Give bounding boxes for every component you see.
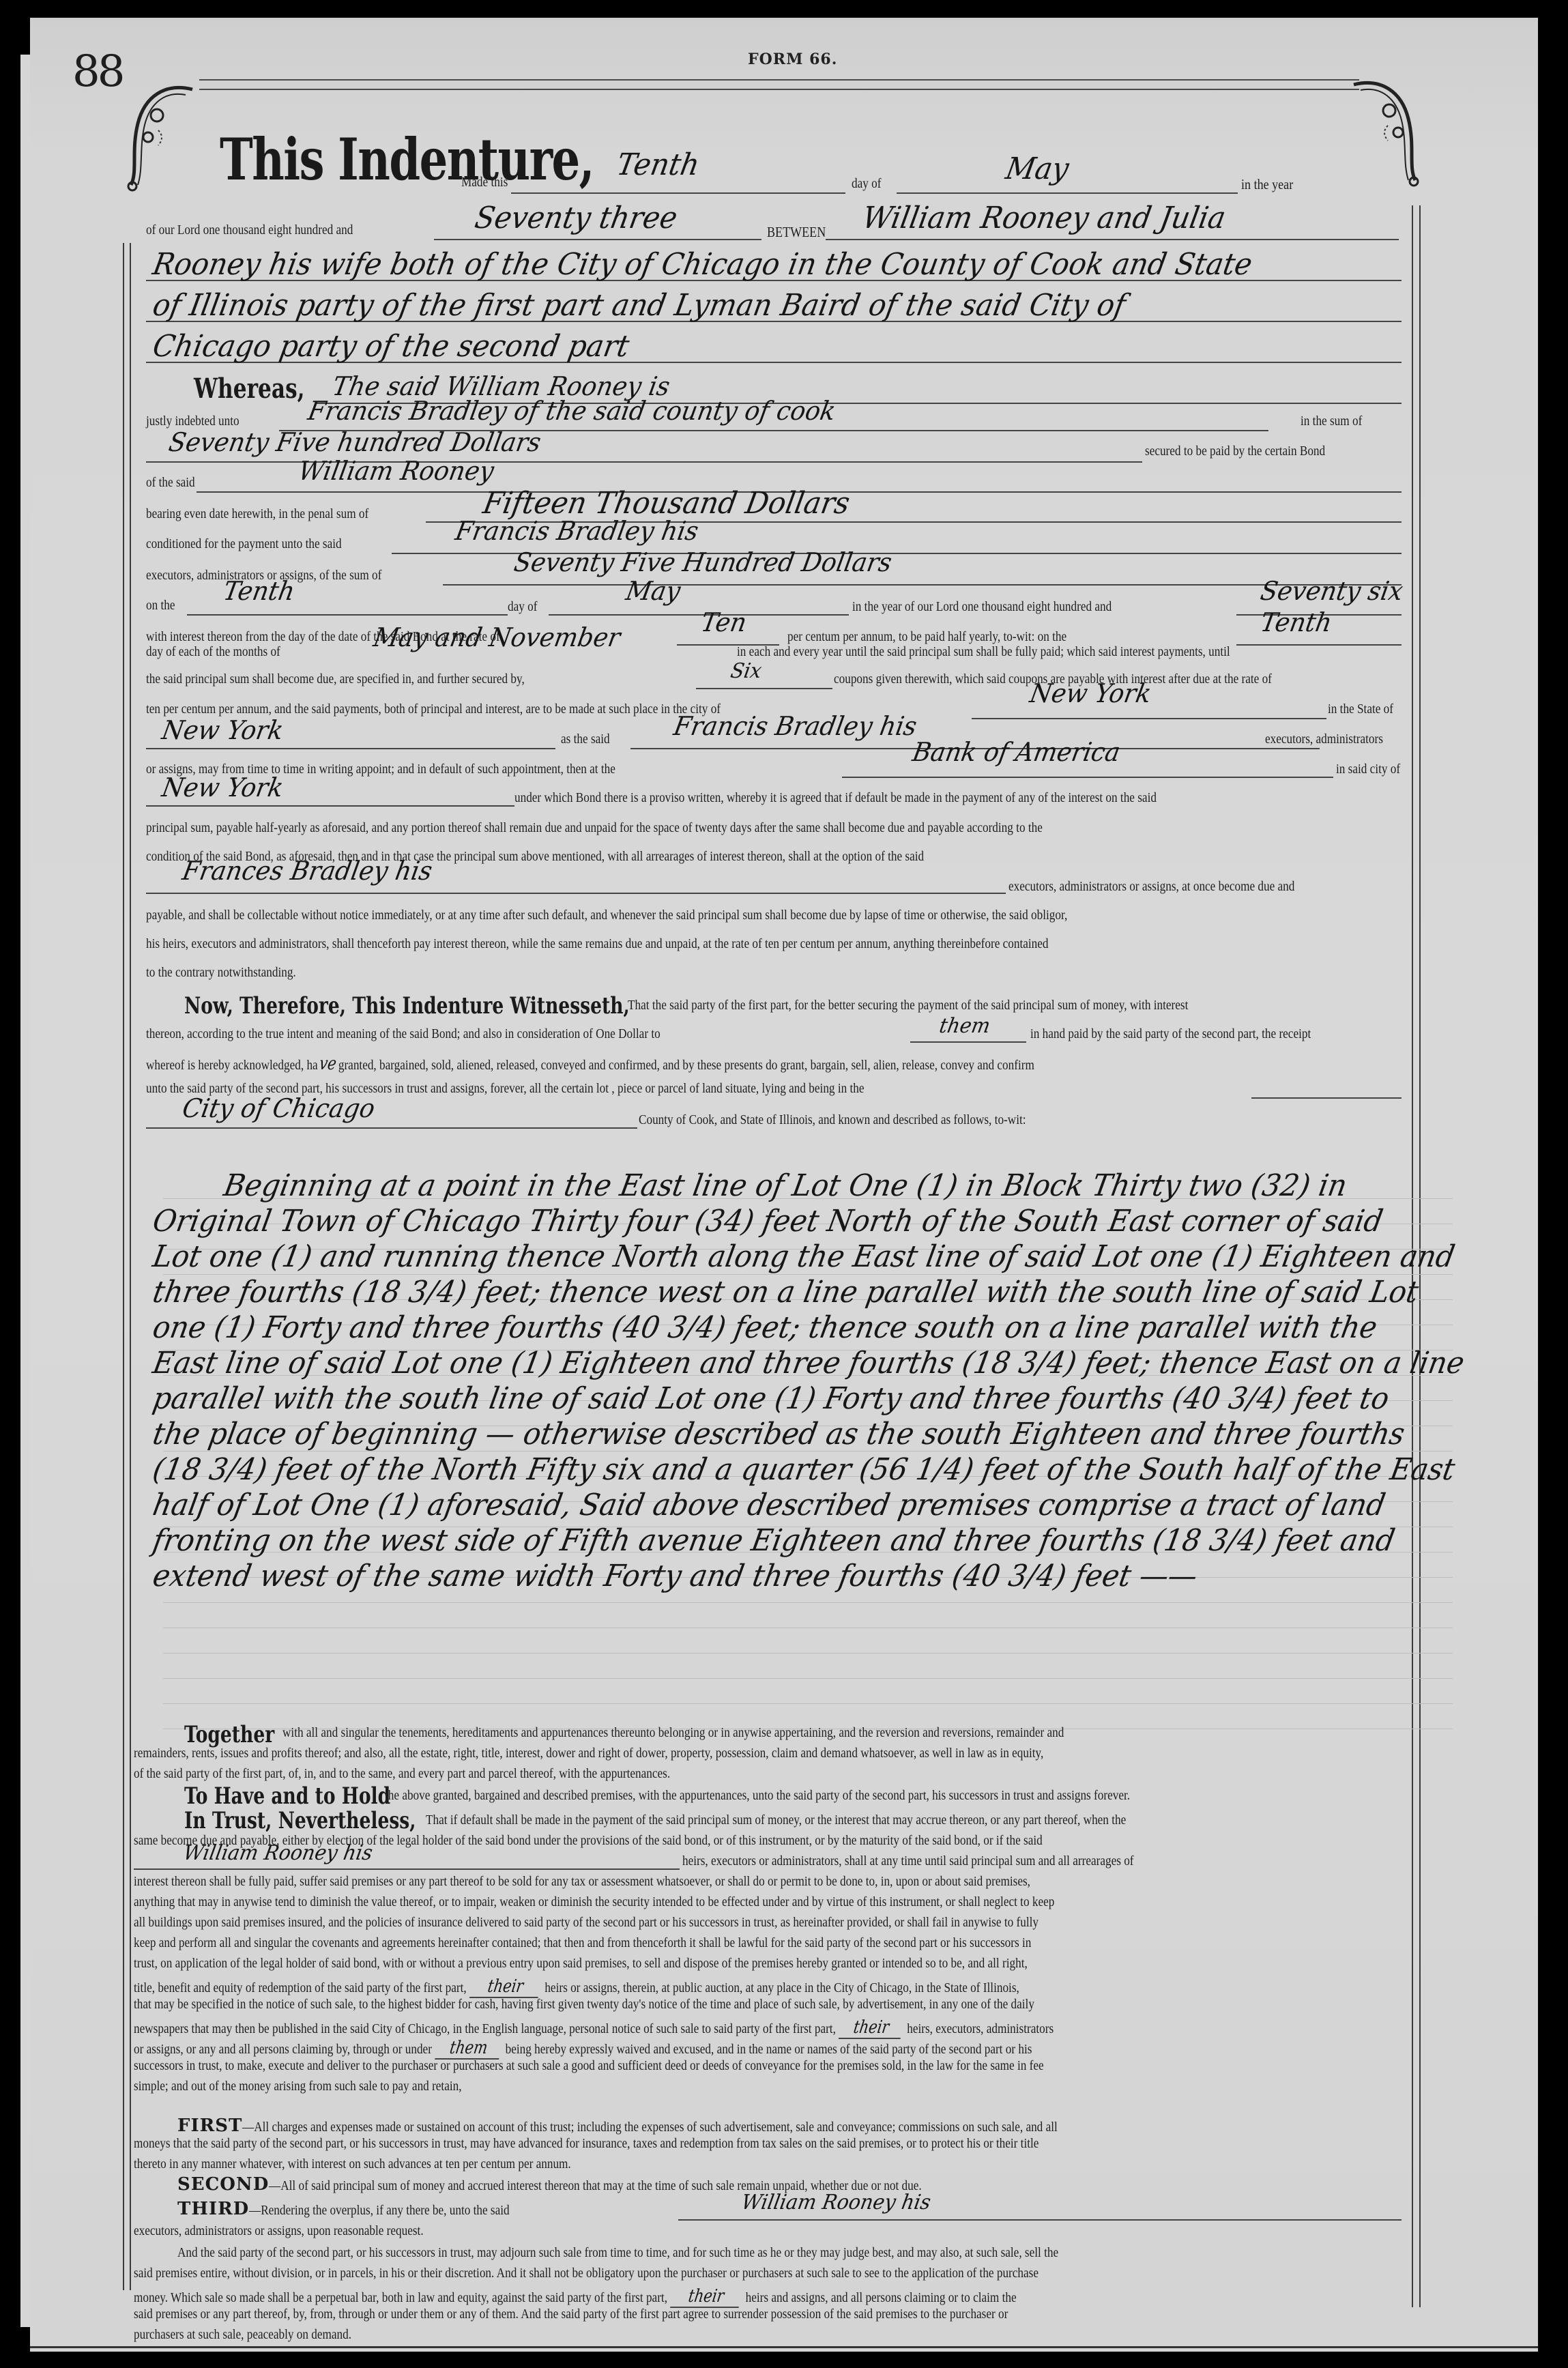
legal-description-line: fronting on the west side of Fifth avenu… xyxy=(150,1523,1397,1558)
ruled-line xyxy=(163,1678,1453,1679)
parties-field-line-1 xyxy=(826,239,1399,240)
months-value: May and November xyxy=(371,622,623,652)
interest-label-2: per centum per annum, to be paid half ye… xyxy=(787,629,1066,645)
third-line-2: executors, administrators or assigns, up… xyxy=(134,2223,424,2239)
habendum-heading: To Have and to Hold xyxy=(184,1782,390,1810)
left-border-rule xyxy=(123,243,124,2290)
closing-line-4: said premises or any part thereof, by, f… xyxy=(134,2307,1008,2322)
corner-ornament-left-icon xyxy=(117,83,199,192)
executors-admin-label: executors, administrators xyxy=(1265,732,1383,747)
proviso-line-6: his heirs, executors and administrators,… xyxy=(146,936,1049,952)
months-tail: in each and every year until the said pr… xyxy=(737,644,1230,660)
parties-line-2: Rooney his wife both of the City of Chic… xyxy=(150,247,1255,282)
habendum-text: the above granted, bargained and describ… xyxy=(385,1788,1130,1804)
witnesseth-line-1: That the said party of the first part, f… xyxy=(628,998,1188,1013)
page-bottom-edge xyxy=(30,2346,1538,2348)
have-value: ve xyxy=(318,1054,338,1074)
first-line-3: thereto in any manner whatever, with int… xyxy=(134,2156,571,2172)
in-trust-line-5: anything that may in anywise tend to dim… xyxy=(134,1894,1054,1910)
place-city-field-line xyxy=(972,718,1326,719)
closing-line-5: purchasers at such sale, peaceably on de… xyxy=(134,2327,351,2343)
ruled-line xyxy=(163,1703,1453,1704)
conditioned-label: conditioned for the payment unto the sai… xyxy=(146,536,342,552)
third-heading: THIRD xyxy=(177,2199,249,2219)
legal-description-line: three fourths (18 3/4) feet; thence west… xyxy=(150,1275,1421,1310)
state-of-label: in the State of xyxy=(1328,702,1393,717)
parties-line-1: William Rooney and Julia xyxy=(860,201,1228,235)
legal-description-line: (18 3/4) feet of the North Fifty six and… xyxy=(150,1452,1457,1487)
months-label: day of each of the months of xyxy=(146,644,280,660)
whereas-heading: Whereas, xyxy=(194,373,305,405)
as-the-said-label: as the said xyxy=(561,732,610,747)
top-border-rule-inner xyxy=(199,89,1359,90)
due-year-label: in the year of our Lord one thousand eig… xyxy=(852,599,1112,615)
penal-sum-label: bearing even date herewith, in the penal… xyxy=(146,506,368,522)
year-value: Seventy three xyxy=(472,201,680,235)
month-field-line xyxy=(897,192,1238,194)
legal-description-line: extend west of the same width Forty and … xyxy=(150,1559,1200,1593)
ruled-line xyxy=(163,1628,1453,1628)
bank-city-field-line xyxy=(146,805,514,807)
due-month-field-line xyxy=(549,614,849,616)
payee-value: Francis Bradley his xyxy=(453,516,701,546)
corner-ornament-right-icon xyxy=(1347,78,1429,187)
witnesseth-line-3: whereof is hereby acknowledged, have gra… xyxy=(146,1054,1034,1074)
in-trust-line-14: simple; and out of the money arising fro… xyxy=(134,2079,462,2094)
page-edge-strip xyxy=(20,55,30,2327)
principal-value: Seventy Five Hundred Dollars xyxy=(512,547,894,577)
proviso-line-4-tail: executors, administrators or assigns, at… xyxy=(1008,879,1294,895)
parties-line-3: of Illinois party of the first part and … xyxy=(150,288,1128,323)
ruled-line xyxy=(163,1653,1453,1654)
witnesseth-line-4-field xyxy=(1251,1097,1402,1099)
first-line-1: —All charges and expenses made or sustai… xyxy=(242,2120,1058,2135)
place-state-value: New York xyxy=(160,715,286,745)
consideration-value: them xyxy=(938,1014,992,1038)
sum-field-line xyxy=(146,461,1142,463)
legal-description-line: half of Lot One (1) aforesaid, Said abov… xyxy=(150,1488,1388,1522)
parties-line-4: Chicago party of the second part xyxy=(150,329,632,364)
creditor-value: Francis Bradley of the said county of co… xyxy=(306,396,838,426)
document-page: 88 FORM 66. This Indenture, Made this Te… xyxy=(30,18,1538,2352)
in-trust-line-8: trust, on application of the legal holde… xyxy=(134,1956,1028,1972)
between-label: BETWEEN xyxy=(767,224,826,241)
bank-city-value: New York xyxy=(160,773,286,803)
in-trust-line-4: interest thereon shall be fully paid, su… xyxy=(134,1874,1030,1890)
proviso-line-5: payable, and shall be collectable withou… xyxy=(146,908,1067,923)
due-day-field-line xyxy=(187,614,508,616)
in-trust-line-6: all buildings upon said premises insured… xyxy=(134,1915,1039,1931)
day-of-label: day of xyxy=(852,176,881,192)
bond-holder-value: William Rooney xyxy=(296,456,496,486)
first-clause: FIRST—All charges and expenses made or s… xyxy=(177,2116,1191,2136)
third-clause: THIRD—Rendering the overplus, if any the… xyxy=(177,2199,552,2219)
sum-value: Seventy Five hundred Dollars xyxy=(166,427,543,457)
notice-heirs-value: their xyxy=(839,2017,904,2039)
together-line-3: of the said party of the first part, of,… xyxy=(134,1766,670,1782)
in-said-city-label: in said city of xyxy=(1336,762,1400,777)
made-this-label: Made this xyxy=(461,175,508,190)
option-holder-value: Frances Bradley his xyxy=(180,856,435,886)
third-text: —Rendering the overplus, if any there be… xyxy=(249,2203,510,2219)
coupons-label: the said principal sum shall become due,… xyxy=(146,672,525,687)
coupons-value: Six xyxy=(729,659,764,683)
together-line-2: remainders, rents, issues and profits th… xyxy=(134,1746,1043,1761)
left-border-rule-inner xyxy=(130,243,131,2290)
closing-line-3: money. Which sale so made shall be a per… xyxy=(134,2286,1017,2308)
in-trust-line-1: That if default shall be made in the pay… xyxy=(426,1813,1126,1828)
bank-field-line xyxy=(842,777,1333,778)
ruled-line xyxy=(163,1602,1453,1603)
legal-description-line: one (1) Forty and three fourths (40 3/4)… xyxy=(150,1310,1380,1345)
option-holder-field-line xyxy=(146,893,1006,894)
due-month-value: May xyxy=(624,576,683,606)
place-state-field-line xyxy=(146,748,555,749)
document-title: This Indenture, xyxy=(220,126,594,193)
location-value: City of Chicago xyxy=(180,1093,377,1123)
in-trust-line-9: title, benefit and equity of redemption … xyxy=(134,1976,1019,1998)
third-field-line xyxy=(678,2219,1402,2221)
principal-field-line xyxy=(443,584,1402,586)
top-border-rule xyxy=(199,79,1359,81)
legal-description-line: the place of beginning — otherwise descr… xyxy=(150,1417,1408,1452)
secured-label: secured to be paid by the certain Bond xyxy=(1145,444,1325,459)
day-value: Tenth xyxy=(614,147,702,182)
claiming-under-value: them xyxy=(435,2038,502,2060)
rate-value: Ten xyxy=(699,607,749,637)
in-trust-line-12: or assigns, or any and all persons claim… xyxy=(134,2038,1032,2060)
obligor-value: William Rooney his xyxy=(182,1841,375,1865)
proviso-line-1: under which Bond there is a proviso writ… xyxy=(514,790,1157,806)
month-value: May xyxy=(1003,151,1071,186)
due-day-of-label: day of xyxy=(508,599,537,615)
on-the-label: on the xyxy=(146,598,175,613)
witnesseth-line-2-post: in hand paid by the said party of the se… xyxy=(1030,1026,1311,1042)
interest-day-value: Tenth xyxy=(1258,607,1334,637)
legal-description-line: Original Town of Chicago Thirty four (34… xyxy=(150,1204,1386,1239)
form-label: FORM 66. xyxy=(748,50,837,68)
of-the-said-label: of the said xyxy=(146,475,195,491)
in-trust-heading: In Trust, Nevertheless, xyxy=(184,1807,416,1834)
in-the-year-label: in the year xyxy=(1241,176,1293,193)
in-trust-line-3-tail: heirs, executors or administrators, shal… xyxy=(682,1853,1134,1869)
holder-value: Francis Bradley his xyxy=(671,711,919,741)
first-heading: FIRST xyxy=(177,2116,242,2136)
interest-day-field-line xyxy=(1236,644,1402,646)
bar-heirs-value: their xyxy=(670,2286,742,2308)
year-prefix-label: of our Lord one thousand eight hundred a… xyxy=(146,222,353,238)
in-trust-line-11: newspapers that may then be published in… xyxy=(134,2017,1054,2039)
consideration-field-line xyxy=(910,1041,1026,1043)
third-value: William Rooney his xyxy=(740,2191,933,2214)
day-field-line xyxy=(511,192,845,194)
together-heading: Together xyxy=(184,1721,274,1748)
coupons-field-line xyxy=(696,688,832,689)
witnesseth-line-5: County of Cook, and State of Illinois, a… xyxy=(639,1112,1026,1128)
due-day-value: Tenth xyxy=(221,576,297,606)
proviso-line-7: to the contrary notwithstanding. xyxy=(146,965,296,981)
location-field-line xyxy=(146,1127,637,1129)
proviso-line-2: principal sum, payable half-yearly as af… xyxy=(146,820,1043,836)
in-trust-line-13: successors in trust, to make, execute an… xyxy=(134,2058,1044,2074)
legal-description-line: Lot one (1) and running thence North alo… xyxy=(150,1239,1457,1274)
second-heading: SECOND xyxy=(177,2174,269,2195)
witnesseth-line-2-pre: thereon, according to the true intent an… xyxy=(146,1026,660,1042)
closing-line-1: And the said party of the second part, o… xyxy=(177,2245,1058,2261)
in-trust-line-7: keep and perform all and singular the co… xyxy=(134,1935,1031,1951)
year-field-line xyxy=(434,239,761,240)
due-year-value: Seventy six xyxy=(1258,576,1406,606)
redemption-heirs-value: their xyxy=(469,1976,542,1998)
sum-of-label: in the sum of xyxy=(1301,414,1362,429)
witnesseth-heading: Now, Therefore, This Indenture Witnesset… xyxy=(184,992,630,1020)
first-line-2: moneys that the said party of the second… xyxy=(134,2136,1039,2152)
page-number: 88 xyxy=(72,46,122,97)
bank-value: Bank of America xyxy=(910,737,1122,767)
place-city-value: New York xyxy=(1028,678,1154,708)
legal-description-line: East line of said Lot one (1) Eighteen a… xyxy=(150,1346,1467,1381)
obligor-field-line xyxy=(134,1868,680,1870)
in-trust-line-10: that may be specified in the notice of s… xyxy=(134,1997,1034,2012)
together-line-1: with all and singular the tenements, her… xyxy=(282,1725,1064,1741)
legal-description-line: Beginning at a point in the East line of… xyxy=(221,1168,1350,1203)
closing-line-2: said premises entire, without division, … xyxy=(134,2266,1039,2281)
legal-description-line: parallel with the south line of said Lot… xyxy=(150,1381,1392,1416)
